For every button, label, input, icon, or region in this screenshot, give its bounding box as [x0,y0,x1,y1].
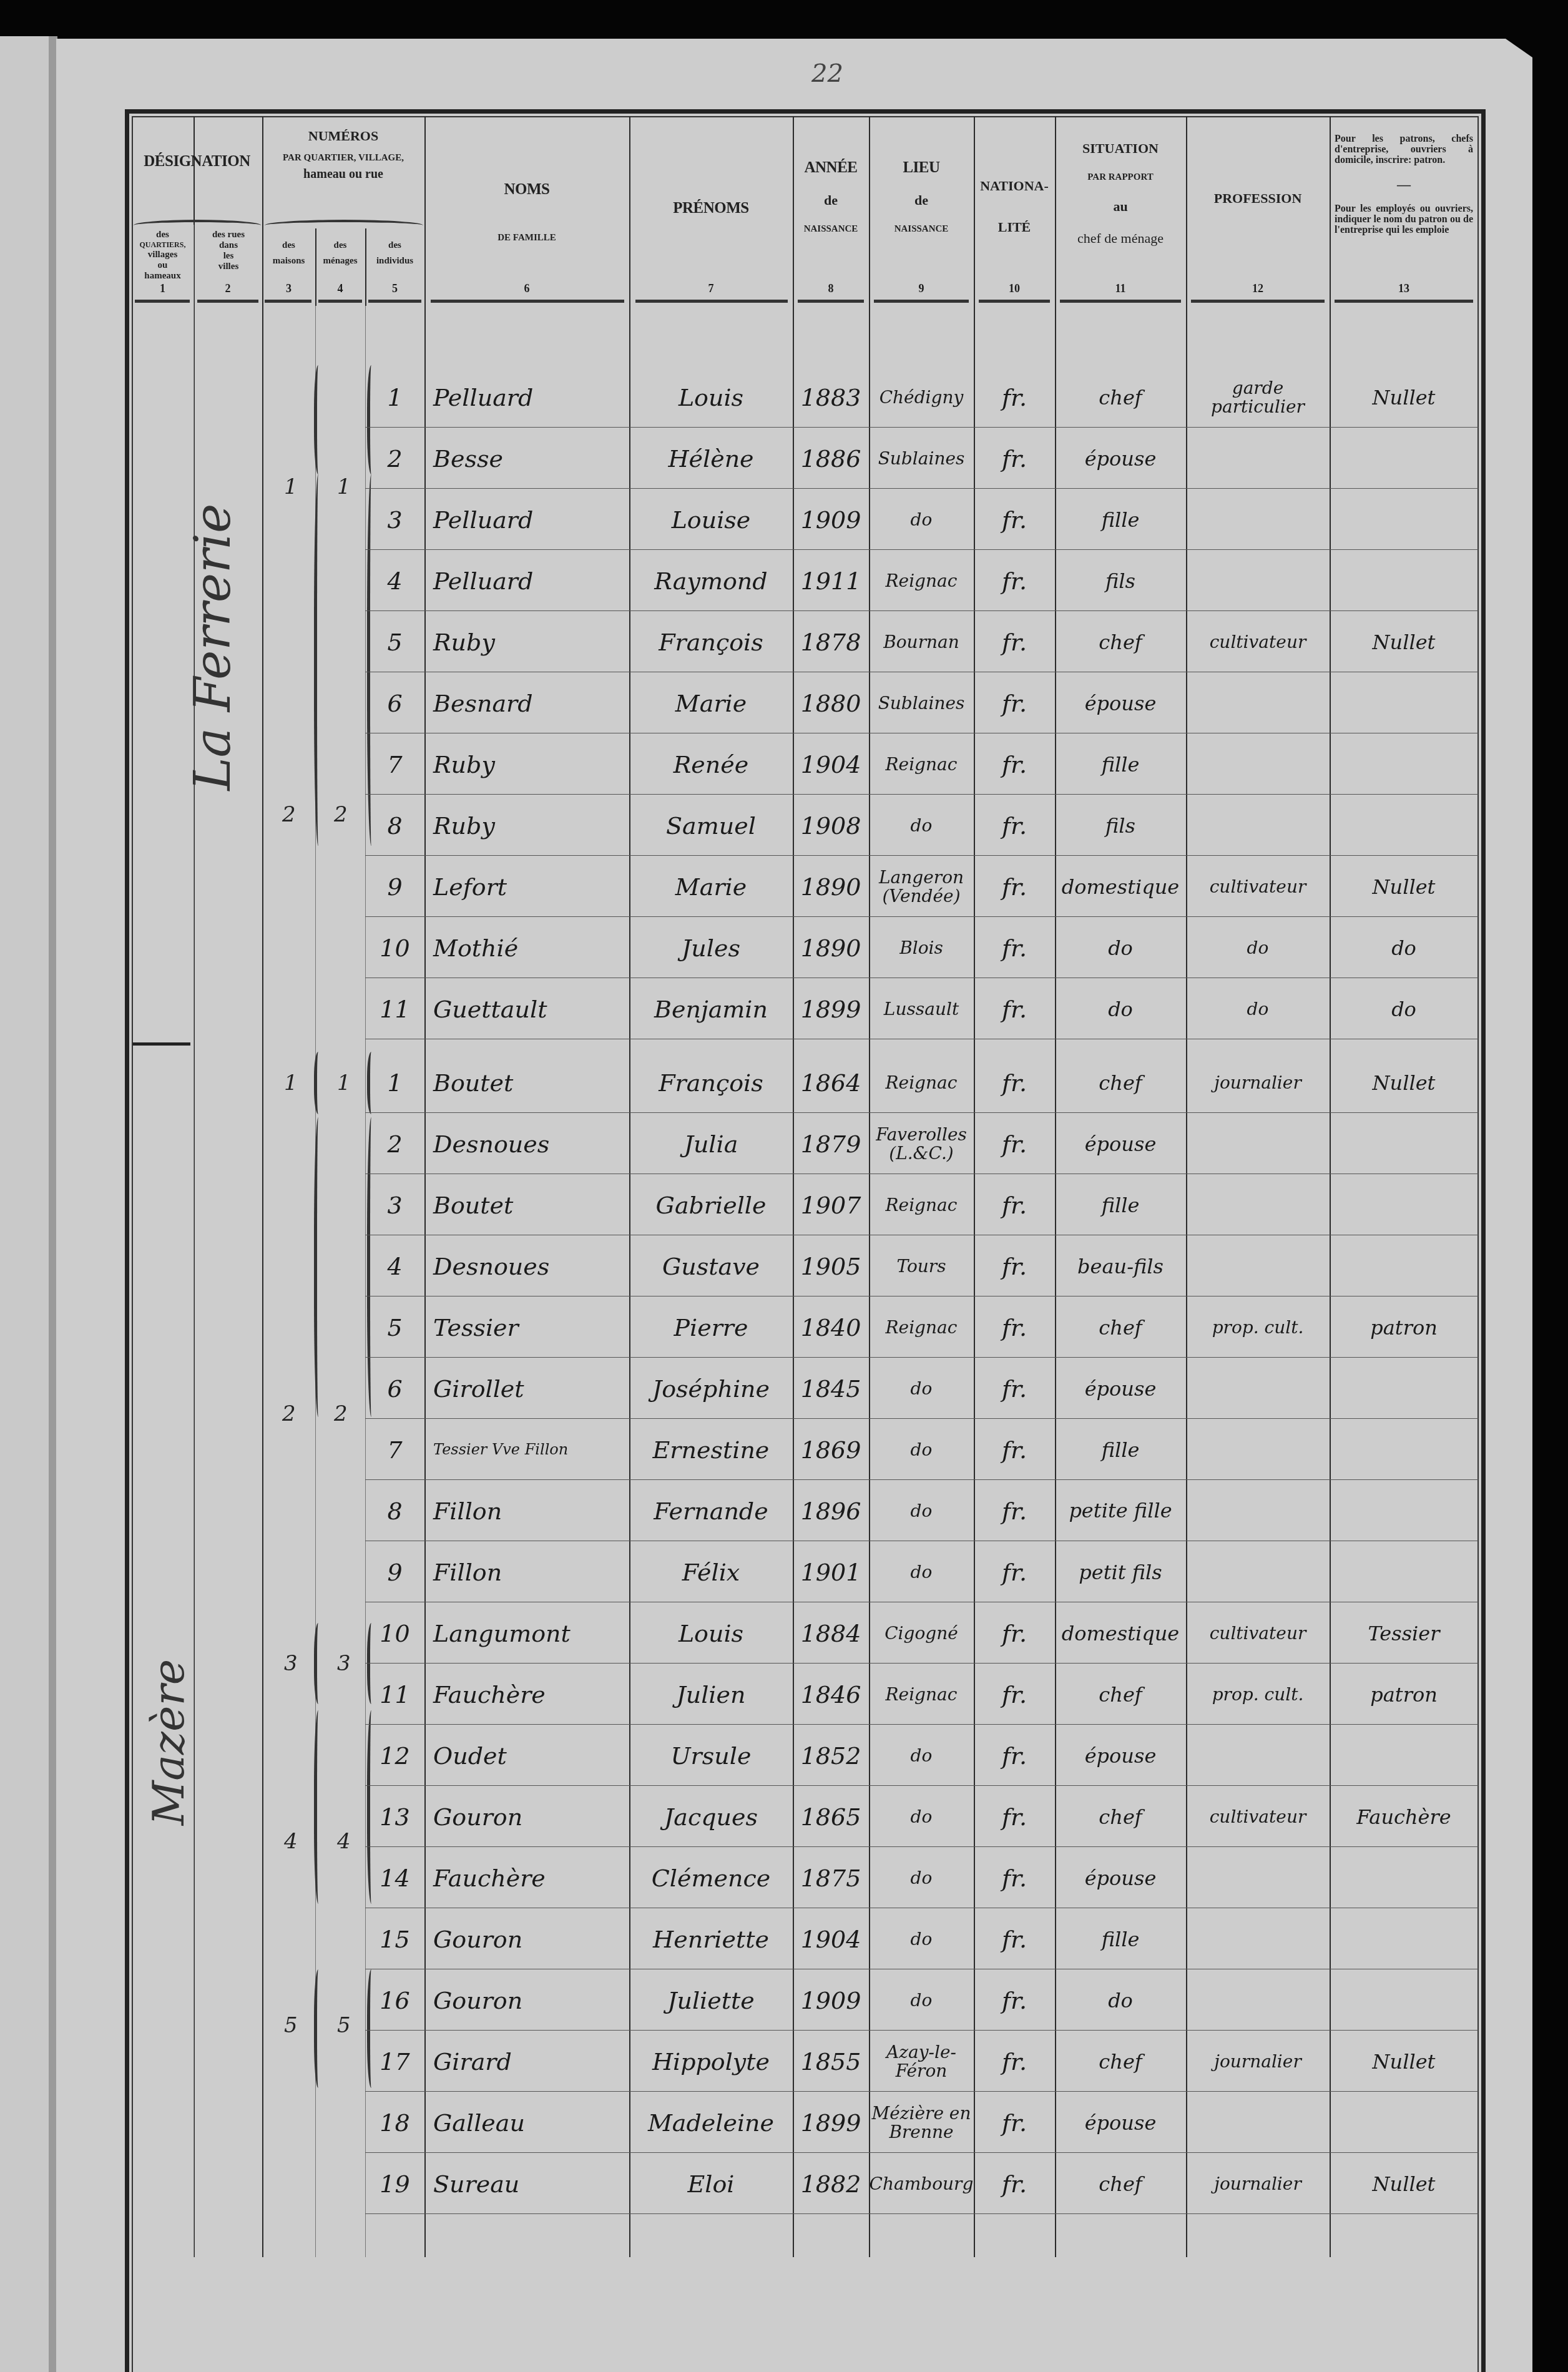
quartier-name: Mazère [143,1611,194,1873]
nationalite: fr. [974,1909,1055,1969]
situation: chef [1055,1297,1186,1358]
patron: patron [1330,1664,1478,1725]
situation: épouse [1055,1848,1186,1908]
lieu-naissance: Sublaines [869,428,974,489]
individu-number: 1 [365,367,424,428]
prenom: Marie [629,673,793,733]
annee-naissance: 1899 [793,979,869,1039]
profession [1186,551,1330,611]
group-brace [314,1710,325,1904]
header-noms-sub: DE FAMILLE [424,233,629,243]
patron: Nullet [1330,2154,1478,2214]
header-profession-title: PROFESSION [1186,190,1330,207]
lieu-naissance: Reignac [869,1175,974,1235]
nom-de-famille: Tessier Vve Fillon [424,1419,629,1480]
table-row: 17 Girard Hippolyte 1855 Azay-le-Féron f… [365,2031,1478,2092]
lieu-naissance: Azay-le-Féron [869,2031,974,2092]
nationalite: fr. [974,2031,1055,2092]
patron: Nullet [1330,856,1478,917]
individu-number: 2 [365,1114,424,1174]
nom-de-famille: Fillon [424,1542,629,1602]
patron [1330,1175,1478,1235]
prenom: Ursule [629,1725,793,1786]
individu-number: 4 [365,551,424,611]
situation: chef [1055,1052,1186,1113]
lieu-naissance: Reignac [869,1664,974,1725]
header-rule [979,300,1050,303]
lieu-naissance: do [869,1725,974,1786]
prenom: Raymond [629,551,793,611]
header-noms: NOMS DE FAMILLE [424,181,629,243]
individu-number: 10 [365,918,424,978]
patron [1330,673,1478,733]
nationalite: fr. [974,1664,1055,1725]
header-col2-line: dans [195,240,262,251]
header-col1-line: QUARTIERS, [132,240,194,250]
individu-number: 8 [365,1481,424,1541]
annee-naissance: 1904 [793,1909,869,1969]
situation: fille [1055,1909,1186,1969]
situation: épouse [1055,2092,1186,2153]
individu-number: 3 [365,489,424,550]
table-row: 7 Tessier Vve Fillon Ernestine 1869 do f… [365,1419,1478,1480]
header-rule [798,300,864,303]
profession: do [1186,979,1330,1039]
header-prenoms-title: PRÉNOMS [629,200,793,217]
nationalite: fr. [974,1970,1055,2031]
maison-number: 2 [282,802,296,827]
nationalite: fr. [974,1358,1055,1419]
nationalite: fr. [974,979,1055,1039]
menage-number: 1 [337,1071,351,1095]
header-col2-line: villes [195,262,262,272]
individu-number: 9 [365,856,424,917]
header-noms-title: NOMS [424,181,629,198]
lieu-naissance: Chambourg [869,2154,974,2214]
header-rule [265,300,311,303]
lieu-naissance: do [869,1970,974,2031]
annee-naissance: 1886 [793,428,869,489]
annee-naissance: 1884 [793,1603,869,1664]
table-row: 6 Girollet Joséphine 1845 do fr. épouse [365,1358,1478,1419]
profession [1186,795,1330,856]
situation: fille [1055,1175,1186,1235]
annee-naissance: 1896 [793,1481,869,1541]
annee-naissance: 1883 [793,367,869,428]
patron: do [1330,979,1478,1039]
header-col5: des individus [365,240,424,267]
lieu-naissance: Blois [869,918,974,978]
lieu-naissance: Mézière en Brenne [869,2092,974,2153]
header-designation-title: DÉSIGNATION [132,153,262,170]
table-row: 4 Pelluard Raymond 1911 Reignac fr. fils [365,551,1478,611]
lieu-naissance: Tours [869,1236,974,1296]
header-rule [197,300,258,303]
patron [1330,1114,1478,1174]
prenom: Marie [629,856,793,917]
individu-number: 4 [365,1236,424,1296]
situation: beau-fils [1055,1236,1186,1296]
lieu-naissance: Reignac [869,734,974,795]
situation: fille [1055,1419,1186,1480]
annee-naissance: 1852 [793,1725,869,1786]
individu-number: 7 [365,1419,424,1480]
individu-number: 2 [365,428,424,489]
nom-de-famille: Boutet [424,1052,629,1113]
prenom: Pierre [629,1297,793,1358]
column-number: 2 [194,282,262,295]
profession [1186,1848,1330,1908]
profession [1186,428,1330,489]
situation: fils [1055,551,1186,611]
patron: Tessier [1330,1603,1478,1664]
annee-naissance: 1908 [793,795,869,856]
column-number: 3 [262,282,315,295]
situation: épouse [1055,1114,1186,1174]
situation: do [1055,1970,1186,2031]
header-lieu: LIEU de NAISSANCE [869,159,974,235]
header-prenoms: PRÉNOMS [629,200,793,217]
nationalite: fr. [974,551,1055,611]
nom-de-famille: Besnard [424,673,629,733]
lieu-naissance: Chédigny [869,367,974,428]
group-brace [314,365,325,474]
header-numeros-subtitle: hameau ou rue [262,167,424,182]
individu-number: 16 [365,1970,424,2031]
lieu-naissance: Sublaines [869,673,974,733]
table-row: 11 Fauchère Julien 1846 Reignac fr. chef… [365,1664,1478,1725]
patron: Nullet [1330,612,1478,672]
nom-de-famille: Besse [424,428,629,489]
individu-number: 9 [365,1542,424,1602]
lieu-naissance: Langeron (Vendée) [869,856,974,917]
nom-de-famille: Girollet [424,1358,629,1419]
patron [1330,795,1478,856]
header-rule [1060,300,1181,303]
nom-de-famille: Tessier [424,1297,629,1358]
header-numeros-subtitle: PAR QUARTIER, VILLAGE, [262,153,424,164]
patron [1330,1236,1478,1296]
header-col3: des maisons [262,240,315,267]
lieu-naissance: do [869,1481,974,1541]
header-col4-line: des [315,240,365,251]
lieu-naissance: do [869,1848,974,1908]
table-row: 9 Lefort Marie 1890 Langeron (Vendée) fr… [365,856,1478,917]
table-row: 3 Pelluard Louise 1909 do fr. fille [365,489,1478,550]
section-divider [133,1042,190,1046]
lieu-naissance: do [869,1542,974,1602]
profession [1186,673,1330,733]
page-number: 22 [811,59,843,88]
individu-number: 7 [365,734,424,795]
situation: épouse [1055,428,1186,489]
patron [1330,1970,1478,2031]
header-col2-line: les [195,251,262,262]
header-situation-sub: PAR RAPPORT [1055,172,1186,183]
header-brace-curve [265,220,423,231]
maison-number: 5 [284,2013,298,2038]
header-patron-note: Pour les patrons, chefs d'entreprise, ou… [1335,134,1473,165]
annee-naissance: 1907 [793,1175,869,1235]
nationalite: fr. [974,1052,1055,1113]
individu-number: 11 [365,979,424,1039]
individu-number: 13 [365,1786,424,1847]
individu-number: 17 [365,2031,424,2092]
table-row: 6 Besnard Marie 1880 Sublaines fr. épous… [365,673,1478,733]
header-rule [368,300,421,303]
header-rule [635,300,788,303]
profession: prop. cult. [1186,1664,1330,1725]
menage-number: 1 [337,474,351,499]
annee-naissance: 1904 [793,734,869,795]
table-row: 5 Tessier Pierre 1840 Reignac fr. chef p… [365,1297,1478,1358]
patron [1330,1725,1478,1786]
table-row: 8 Fillon Fernande 1896 do fr. petite fil… [365,1481,1478,1541]
header-rule [1191,300,1325,303]
annee-naissance: 1840 [793,1297,869,1358]
profession [1186,1175,1330,1235]
situation: petit fils [1055,1542,1186,1602]
lieu-naissance: do [869,1358,974,1419]
patron: do [1330,918,1478,978]
nom-de-famille: Gouron [424,1786,629,1847]
header-situation-title: SITUATION [1055,140,1186,157]
nationalite: fr. [974,489,1055,550]
lieu-naissance: Bournan [869,612,974,672]
header-patron: Pour les patrons, chefs d'entreprise, ou… [1335,134,1473,236]
menage-number: 4 [337,1829,351,1854]
maison-number: 2 [282,1401,296,1426]
patron [1330,551,1478,611]
individu-number: 12 [365,1725,424,1786]
header-rule [874,300,969,303]
page-gutter [49,36,57,2372]
header-col4-line: ménages [315,256,365,267]
column-number: 4 [315,282,365,295]
profession: journalier [1186,2031,1330,2092]
nationalite: fr. [974,1297,1055,1358]
profession: cultivateur [1186,856,1330,917]
annee-naissance: 1890 [793,918,869,978]
nationalite: fr. [974,2154,1055,2214]
individu-number: 8 [365,795,424,856]
profession: journalier [1186,2154,1330,2214]
patron: Nullet [1330,2031,1478,2092]
header-col1-line: ou [132,260,194,271]
header-numeros: NUMÉROS PAR QUARTIER, VILLAGE, hameau ou… [262,128,424,182]
nationalite: fr. [974,1175,1055,1235]
profession [1186,2092,1330,2153]
maison-number: 4 [284,1829,298,1854]
column-number: 10 [974,282,1055,295]
header-col4: des ménages [315,240,365,267]
annee-naissance: 1879 [793,1114,869,1174]
nom-de-famille: Langumont [424,1603,629,1664]
situation: chef [1055,367,1186,428]
table-row: 3 Boutet Gabrielle 1907 Reignac fr. fill… [365,1175,1478,1235]
nom-de-famille: Fauchère [424,1848,629,1908]
annee-naissance: 1909 [793,1970,869,2031]
nom-de-famille: Boutet [424,1175,629,1235]
individu-number: 5 [365,1297,424,1358]
header-col1-line: des [132,230,194,240]
column-number: 12 [1186,282,1330,295]
situation: domestique [1055,1603,1186,1664]
nom-de-famille: Galleau [424,2092,629,2153]
annee-naissance: 1911 [793,551,869,611]
situation: épouse [1055,673,1186,733]
nom-de-famille: Oudet [424,1725,629,1786]
nationalite: fr. [974,1481,1055,1541]
patron [1330,1358,1478,1419]
nom-de-famille: Pelluard [424,489,629,550]
patron [1330,2092,1478,2153]
prenom: Julia [629,1114,793,1174]
menage-number: 2 [334,802,348,827]
column-number: 6 [424,282,629,295]
individu-number: 15 [365,1909,424,1969]
lieu-naissance: Reignac [869,551,974,611]
nationalite: fr. [974,1542,1055,1602]
individu-number: 11 [365,1664,424,1725]
prenom: Félix [629,1542,793,1602]
situation: chef [1055,1664,1186,1725]
individu-number: 10 [365,1603,424,1664]
profession: cultivateur [1186,612,1330,672]
nationalite: fr. [974,856,1055,917]
nom-de-famille: Fauchère [424,1664,629,1725]
annee-naissance: 1869 [793,1419,869,1480]
annee-naissance: 1846 [793,1664,869,1725]
col-divider [262,116,263,2257]
lieu-naissance: do [869,1909,974,1969]
header-designation: DÉSIGNATION [132,153,262,170]
prenom: Ernestine [629,1419,793,1480]
prenom: Madeleine [629,2092,793,2153]
table-row: 12 Oudet Ursule 1852 do fr. épouse [365,1725,1478,1786]
situation: do [1055,979,1186,1039]
prenom: Clémence [629,1848,793,1908]
nom-de-famille: Mothié [424,918,629,978]
prenom: Samuel [629,795,793,856]
previous-page-strip [0,36,55,2372]
nom-de-famille: Ruby [424,734,629,795]
prenom: Eloi [629,2154,793,2214]
profession [1186,1725,1330,1786]
menage-number: 3 [337,1651,351,1676]
header-rule [431,300,624,303]
profession [1186,734,1330,795]
group-brace [314,1969,325,2088]
prenom: Gustave [629,1236,793,1296]
header-patron-dash: — [1335,177,1473,193]
individu-number: 18 [365,2092,424,2153]
profession: cultivateur [1186,1603,1330,1664]
nationalite: fr. [974,1725,1055,1786]
profession [1186,1542,1330,1602]
situation: fils [1055,795,1186,856]
column-number: 1 [132,282,194,295]
profession [1186,1358,1330,1419]
menage-number: 5 [337,2013,351,2038]
patron [1330,1419,1478,1480]
prenom: Juliette [629,1970,793,2031]
header-col3-line: des [262,240,315,251]
header-lieu-title: LIEU [869,159,974,177]
patron: patron [1330,1297,1478,1358]
column-number: 7 [629,282,793,295]
header-rule [1335,300,1473,303]
column-number: 11 [1055,282,1186,295]
profession [1186,1419,1330,1480]
table-row: 19 Sureau Eloi 1882 Chambourg fr. chef j… [365,2154,1478,2214]
table-row: 7 Ruby Renée 1904 Reignac fr. fille [365,734,1478,795]
header-profession: PROFESSION [1186,190,1330,207]
individu-number: 19 [365,2154,424,2214]
prenom: Benjamin [629,979,793,1039]
header-col2: des rues dans les villes [195,230,262,272]
table-row: 1 Pelluard Louis 1883 Chédigny fr. chef … [365,367,1478,428]
header-col1: des QUARTIERS, villages ou hameaux [132,230,194,282]
header-situation-au: au [1055,198,1186,215]
nom-de-famille: Girard [424,2031,629,2092]
prenom: Fernande [629,1481,793,1541]
nom-de-famille: Sureau [424,2154,629,2214]
annee-naissance: 1890 [793,856,869,917]
table-row: 11 Guettault Benjamin 1899 Lussault fr. … [365,979,1478,1039]
patron [1330,1542,1478,1602]
profession: do [1186,918,1330,978]
situation: fille [1055,734,1186,795]
annee-naissance: 1882 [793,2154,869,2214]
column-number: 9 [869,282,974,295]
profession [1186,1909,1330,1969]
table-row: 4 Desnoues Gustave 1905 Tours fr. beau-f… [365,1236,1478,1296]
table-row: 5 Ruby François 1878 Bournan fr. chef cu… [365,612,1478,672]
prenom: Louise [629,489,793,550]
profession: cultivateur [1186,1786,1330,1847]
prenom: Renée [629,734,793,795]
nationalite: fr. [974,918,1055,978]
table-row: 10 Mothié Jules 1890 Blois fr. do do do [365,918,1478,978]
lieu-naissance: Reignac [869,1297,974,1358]
header-situation: SITUATION PAR RAPPORT au chef de ménage [1055,140,1186,247]
maison-number: 3 [284,1651,298,1676]
nom-de-famille: Gouron [424,1970,629,2031]
header-annee: ANNÉE de NAISSANCE [793,159,869,235]
lieu-naissance: Faverolles (L.&C.) [869,1114,974,1174]
table-row: 8 Ruby Samuel 1908 do fr. fils [365,795,1478,856]
table-row: 16 Gouron Juliette 1909 do fr. do [365,1970,1478,2031]
header-col2-line: des rues [195,230,262,240]
prenom: Gabrielle [629,1175,793,1235]
prenom: Louis [629,1603,793,1664]
prenom: Joséphine [629,1358,793,1419]
annee-naissance: 1878 [793,612,869,672]
lieu-naissance: Reignac [869,1052,974,1113]
header-annee-de: de [793,192,869,208]
header-nationalite: NATIONA- LITÉ [974,178,1055,235]
maison-number: 1 [284,1071,298,1095]
profession [1186,1481,1330,1541]
annee-naissance: 1909 [793,489,869,550]
prenom: François [629,1052,793,1113]
nationalite: fr. [974,2092,1055,2153]
profession [1186,1114,1330,1174]
table-row: 13 Gouron Jacques 1865 do fr. chef culti… [365,1786,1478,1847]
header-col1-line: villages [132,250,194,260]
prenom: Hélène [629,428,793,489]
